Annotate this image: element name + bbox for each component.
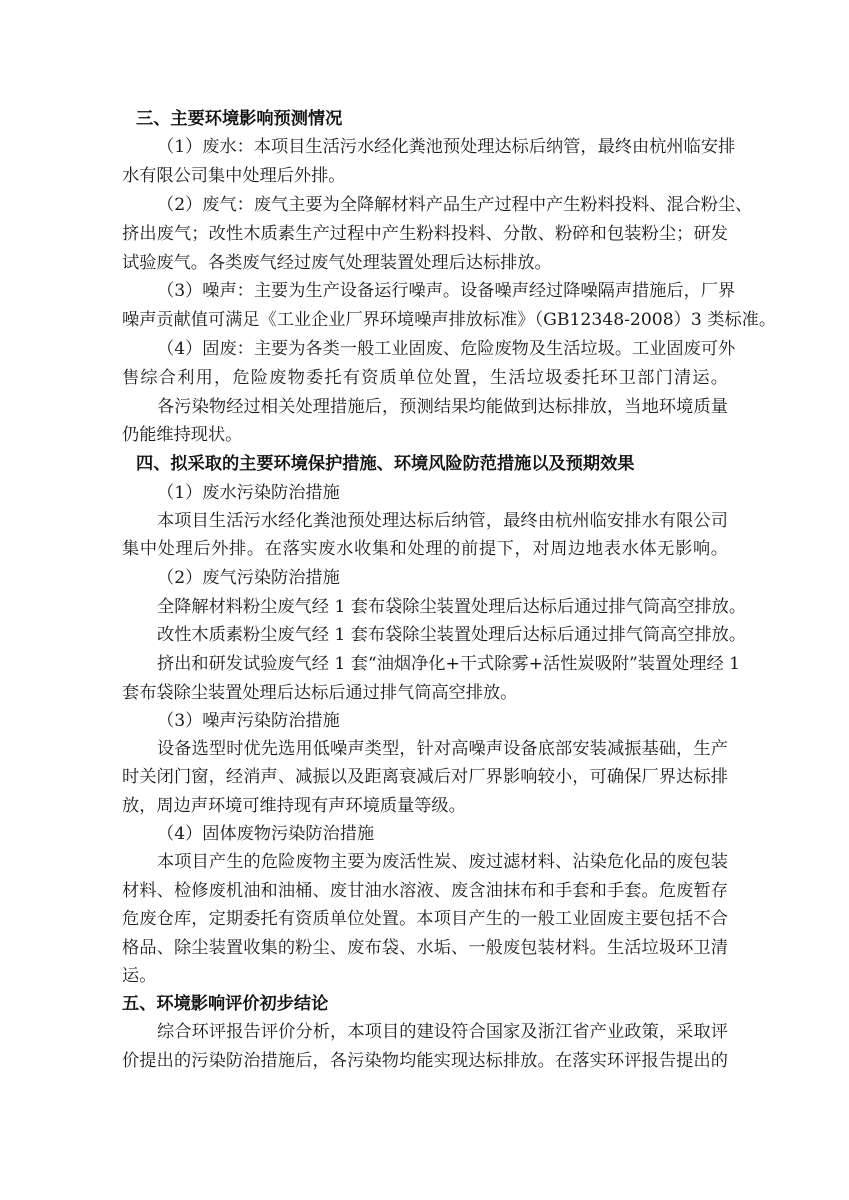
paragraph-exhaust-line-3: 试验废气。各类废气经过废气处理装置处理后达标排放。	[122, 249, 728, 277]
paragraph-wastewater-line-2: 水有限公司集中处理后外排。	[122, 162, 728, 190]
section-heading-5: 五、环境影响评价初步结论	[122, 990, 728, 1018]
exhaust-measures-p3-line-2: 套布袋除尘装置处理后达标后通过排气筒高空排放。	[122, 679, 728, 707]
paragraph-solid-waste-line-1: （4）固废：主要为各类一般工业固废、危险废物及生活垃圾。工业固废可外	[157, 335, 728, 363]
conclusion-line-1: 综合环评报告评价分析，本项目的建设符合国家及浙江省产业政策，采取评	[157, 1018, 728, 1046]
solid-waste-measures-line-2: 材料、检修废机油和油桶、废甘油水溶液、废含油抹布和手套和手套。危废暂存	[122, 877, 728, 905]
paragraph-exhaust-line-1: （2）废气：废气主要为全降解材料产品生产过程中产生粉料投料、混合粉尘、	[157, 191, 728, 219]
section-heading-3: 三、主要环境影响预测情况	[136, 105, 742, 133]
exhaust-measures-p2: 改性木质素粉尘废气经 1 套布袋除尘装置处理后达标后通过排气筒高空排放。	[157, 621, 728, 649]
paragraph-summary-line-2: 仍能维持现状。	[122, 421, 728, 449]
solid-waste-measures-line-5: 运。	[122, 962, 728, 990]
paragraph-wastewater-line-1: （1）废水：本项目生活污水经化粪池预处理达标后纳管，最终由杭州临安排	[157, 133, 728, 161]
section-heading-4: 四、拟采取的主要环境保护措施、环境风险防范措施以及预期效果	[136, 450, 742, 478]
solid-waste-measures-line-3: 危废仓库，定期委托有资质单位处置。本项目产生的一般工业固废主要包括不合	[122, 905, 728, 933]
conclusion-line-2: 价提出的污染防治措施后，各污染物均能实现达标排放。在落实环评报告提出的	[122, 1047, 728, 1075]
solid-waste-measures-line-1: 本项目产生的危险废物主要为废活性炭、废过滤材料、沾染危化品的废包装	[157, 848, 728, 876]
subsection-title-wastewater: （1）废水污染防治措施	[157, 479, 728, 507]
paragraph-solid-waste-line-2: 售综合利用，危险废物委托有资质单位处置，生活垃圾委托环卫部门清运。	[122, 364, 728, 392]
paragraph-summary-line-1: 各污染物经过相关处理措施后，预测结果均能做到达标排放，当地环境质量	[157, 393, 728, 421]
subsection-title-exhaust: （2）废气污染防治措施	[157, 564, 728, 592]
subsection-title-noise: （3）噪声污染防治措施	[157, 707, 728, 735]
paragraph-noise-line-1: （3）噪声：主要为生产设备运行噪声。设备噪声经过降噪隔声措施后，厂界	[157, 277, 728, 305]
subsection-title-solid-waste: （4）固体废物污染防治措施	[157, 820, 728, 848]
wastewater-measures-line-1: 本项目生活污水经化粪池预处理达标后纳管，最终由杭州临安排水有限公司	[157, 507, 728, 535]
noise-measures-line-1: 设备选型时优先选用低噪声类型，针对高噪声设备底部安装减振基础，生产	[157, 735, 728, 763]
wastewater-measures-line-2: 集中处理后外排。在落实废水收集和处理的前提下，对周边地表水体无影响。	[122, 535, 728, 563]
document-page: 三、主要环境影响预测情况 （1）废水：本项目生活污水经化粪池预处理达标后纳管，最…	[0, 0, 849, 1200]
exhaust-measures-p1: 全降解材料粉尘废气经 1 套布袋除尘装置处理后达标后通过排气筒高空排放。	[157, 593, 728, 621]
noise-measures-line-3: 放，周边声环境可维持现有声环境质量等级。	[122, 792, 728, 820]
paragraph-exhaust-line-2: 挤出废气；改性木质素生产过程中产生粉料投料、分散、粉碎和包装粉尘；研发	[122, 220, 728, 248]
solid-waste-measures-line-4: 格品、除尘装置收集的粉尘、废布袋、水垢、一般废包装材料。生活垃圾环卫清	[122, 934, 728, 962]
noise-measures-line-2: 时关闭门窗，经消声、减振以及距离衰减后对厂界影响较小，可确保厂界达标排	[122, 763, 728, 791]
paragraph-noise-line-2: 噪声贡献值可满足《工业企业厂界环境噪声排放标准》（GB12348-2008）3 …	[122, 306, 728, 334]
exhaust-measures-p3-line-1: 挤出和研发试验废气经 1 套“油烟净化+干式除雾+活性炭吸附”装置处理经 1	[157, 650, 728, 678]
